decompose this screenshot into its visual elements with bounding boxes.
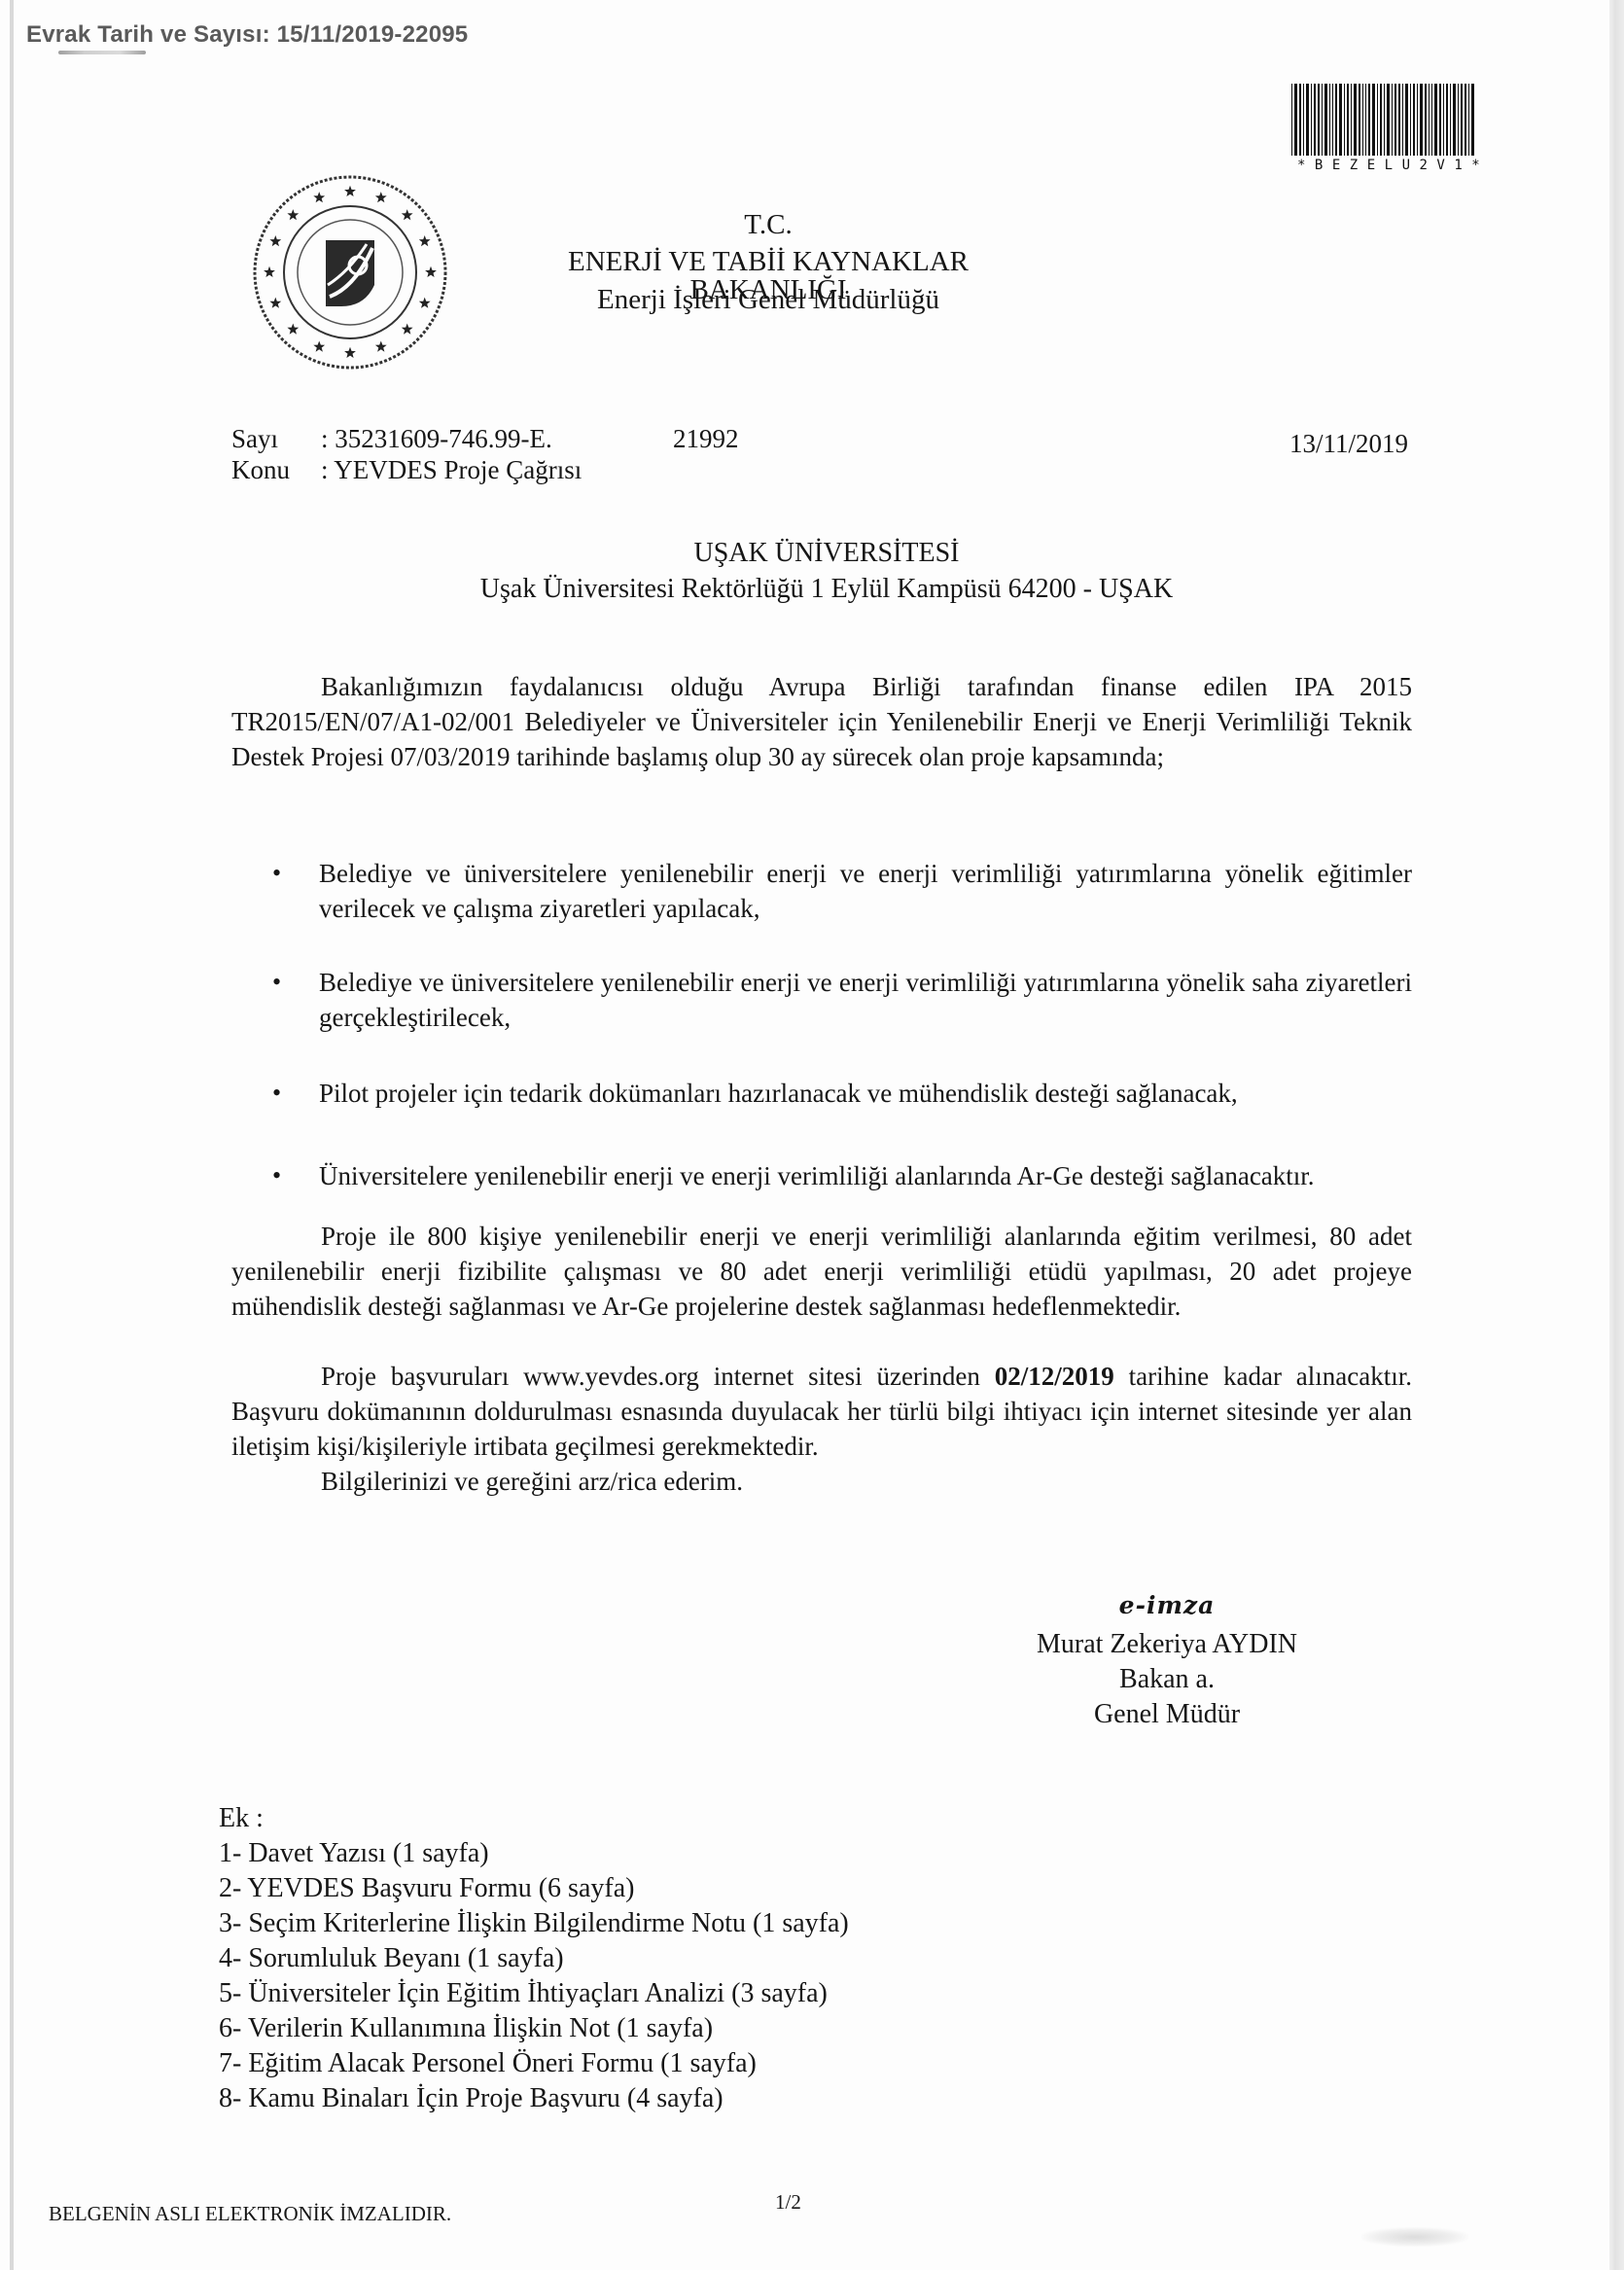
deadline-date: 02/12/2019 [995, 1362, 1114, 1391]
bullet-icon: • [272, 1161, 319, 1190]
attachment-item: 7- Eğitim Alacak Personel Öneri Formu (1… [219, 2046, 849, 2081]
ministry-seal-icon [248, 170, 452, 374]
scan-edge-left [10, 0, 14, 2270]
bullet-icon: • [272, 965, 319, 1035]
recipient-address: Uşak Üniversitesi Rektörlüğü 1 Eylül Kam… [389, 576, 1264, 603]
signatory-name: Murat Zekeriya AYDIN [972, 1631, 1361, 1658]
recipient-name: UŞAK ÜNİVERSİTESİ [438, 540, 1216, 567]
barcode-bars-icon [1291, 84, 1542, 156]
attachment-item: 3- Seçim Kriterlerine İlişkin Bilgilendi… [219, 1906, 849, 1941]
bullet-item: • Belediye ve üniversitelere yenilenebil… [272, 965, 1412, 1035]
footer-notice: BELGENİN ASLI ELEKTRONİK İMZALIDIR. [49, 2202, 451, 2226]
application-paragraph: Proje başvuruları www.yevdes.org interne… [231, 1359, 1412, 1464]
attachment-item: 5- Üniversiteler İçin Eğitim İhtiyaçları… [219, 1976, 849, 2011]
scan-edge-right [1609, 0, 1624, 2270]
attachment-item: 2- YEVDES Başvuru Formu (6 sayfa) [219, 1871, 849, 1906]
header-directorate: Enerji İşleri Genel Müdürlüğü [486, 286, 1050, 314]
sayi-number: 21992 [673, 426, 739, 452]
stamp-smudge [58, 51, 146, 54]
konu-label: Konu [231, 457, 290, 483]
header-tc: T.C. [486, 211, 1050, 239]
scan-artifact [1361, 2227, 1468, 2247]
closing-line: Bilgilerinizi ve gereğini arz/rica ederi… [231, 1464, 1412, 1499]
attachments-label: Ek : [219, 1801, 849, 1836]
attachment-item: 1- Davet Yazısı (1 sayfa) [219, 1836, 849, 1871]
attachments-list: Ek : 1- Davet Yazısı (1 sayfa)2- YEVDES … [219, 1801, 849, 2116]
sayi-value: : 35231609-746.99-E. [321, 426, 552, 452]
bullet-icon: • [272, 856, 319, 926]
signatory-title-1: Bakan a. [972, 1666, 1361, 1693]
goals-paragraph: Proje ile 800 kişiye yenilenebilir enerj… [231, 1219, 1412, 1324]
signatory-title-2: Genel Müdür [972, 1701, 1361, 1728]
barcode-text: *BEZELU2V1* [1291, 158, 1542, 173]
sayi-label: Sayı [231, 426, 278, 452]
bullet-list: • Belediye ve üniversitelere yenilenebil… [272, 856, 1412, 1190]
attachment-item: 6- Verilerin Kullanımına İlişkin Not (1 … [219, 2011, 849, 2046]
attachment-item: 4- Sorumluluk Beyanı (1 sayfa) [219, 1941, 849, 1976]
barcode: *BEZELU2V1* [1291, 84, 1542, 171]
konu-value: : YEVDES Proje Çağrısı [321, 457, 582, 483]
bullet-item: • Belediye ve üniversitelere yenilenebil… [272, 856, 1412, 926]
bullet-item: • Üniversitelere yenilenebilir enerji ve… [272, 1161, 1412, 1190]
e-signature-mark: e-imza [972, 1592, 1361, 1619]
document-registry-stamp: Evrak Tarih ve Sayısı: 15/11/2019-22095 [26, 21, 468, 49]
attachment-item: 8- Kamu Binaları İçin Proje Başvuru (4 s… [219, 2081, 849, 2116]
page-number: 1/2 [775, 2190, 801, 2215]
document-date: 13/11/2019 [1289, 431, 1408, 457]
bullet-icon: • [272, 1076, 319, 1111]
intro-paragraph: Bakanlığımızın faydalanıcısı olduğu Avru… [231, 669, 1412, 774]
bullet-item: • Pilot projeler için tedarik dokümanlar… [272, 1076, 1412, 1111]
